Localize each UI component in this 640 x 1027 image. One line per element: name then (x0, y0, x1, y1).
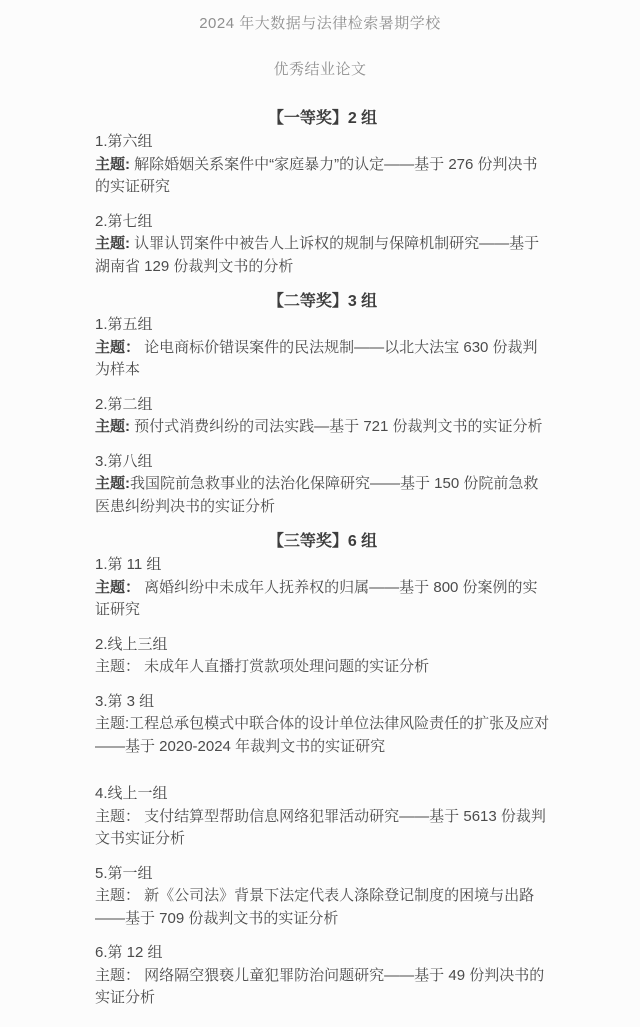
topic-text: 未成年人直播打赏款项处理问题的实证分析 (140, 658, 429, 675)
topic-label: 主题： (95, 808, 140, 825)
topic-text: 新《公司法》背景下法定代表人涤除登记制度的困境与出路——基于 709 份裁判文书… (95, 887, 534, 927)
document-page: 2024 年大数据与法律检索暑期学校 优秀结业论文 【一等奖】2 组 1.第六组… (0, 0, 640, 1027)
award-item: 1.第六组 主题: 解除婚姻关系案件中“家庭暴力”的认定——基于 276 份判决… (95, 131, 550, 199)
group-label: 2.第二组 (95, 394, 550, 417)
topic-line: 主题: 解除婚姻关系案件中“家庭暴力”的认定——基于 276 份判决书的实证研究 (95, 154, 550, 199)
topic-label: 主题: (95, 235, 130, 252)
topic-label: 主题: (95, 156, 130, 173)
topic-label: 主题： (95, 658, 140, 675)
topic-line: 主题: 预付式消费纠纷的司法实践—基于 721 份裁判文书的实证分析 (95, 416, 550, 439)
topic-line: 主题： 支付结算型帮助信息网络犯罪活动研究——基于 5613 份裁判文书实证分析 (95, 806, 550, 851)
group-label: 3.第 3 组 (95, 691, 550, 714)
topic-text: 支付结算型帮助信息网络犯罪活动研究——基于 5613 份裁判文书实证分析 (95, 808, 546, 848)
topic-line: 主题： 离婚纠纷中未成年人抚养权的归属——基于 800 份案例的实证研究 (95, 577, 550, 622)
group-label: 2.第七组 (95, 211, 550, 234)
doc-subtitle: 优秀结业论文 (0, 59, 640, 81)
topic-line: 主题:工程总承包模式中联合体的设计单位法律风险责任的扩张及应对——基于 2020… (95, 713, 550, 758)
topic-text: 解除婚姻关系案件中“家庭暴力”的认定——基于 276 份判决书的实证研究 (95, 156, 538, 196)
group-label: 1.第六组 (95, 131, 550, 154)
topic-line: 主题： 未成年人直播打赏款项处理问题的实证分析 (95, 656, 550, 679)
topic-text: 认罪认罚案件中被告人上诉权的规制与保障机制研究——基于湖南省 129 份裁判文书… (95, 235, 539, 275)
award-item: 1.第 11 组 主题： 离婚纠纷中未成年人抚养权的归属——基于 800 份案例… (95, 554, 550, 622)
section-heading-second-prize: 【二等奖】3 组 (95, 290, 550, 313)
topic-label: 主题： (95, 887, 140, 904)
topic-text: 论电商标价错误案件的民法规制——以北大法宝 630 份裁判为样本 (95, 339, 538, 379)
topic-line: 主题： 论电商标价错误案件的民法规制——以北大法宝 630 份裁判为样本 (95, 337, 550, 382)
award-item: 2.第七组 主题: 认罪认罚案件中被告人上诉权的规制与保障机制研究——基于湖南省… (95, 211, 550, 279)
award-item: 2.线上三组 主题： 未成年人直播打赏款项处理问题的实证分析 (95, 634, 550, 679)
award-item: 5.第一组 主题： 新《公司法》背景下法定代表人涤除登记制度的困境与出路——基于… (95, 863, 550, 931)
topic-line: 主题: 认罪认罚案件中被告人上诉权的规制与保障机制研究——基于湖南省 129 份… (95, 233, 550, 278)
topic-text: 网络隔空猥亵儿童犯罪防治问题研究——基于 49 份判决书的实证分析 (95, 967, 544, 1007)
topic-text: 离婚纠纷中未成年人抚养权的归属——基于 800 份案例的实证研究 (95, 579, 538, 619)
award-item: 2.第二组 主题: 预付式消费纠纷的司法实践—基于 721 份裁判文书的实证分析 (95, 394, 550, 439)
topic-label: 主题： (95, 967, 140, 984)
group-label: 1.第 11 组 (95, 554, 550, 577)
doc-title: 2024 年大数据与法律检索暑期学校 (0, 13, 640, 35)
topic-label: 主题： (95, 339, 140, 356)
topic-label: 主题： (95, 579, 140, 596)
group-label: 2.线上三组 (95, 634, 550, 657)
group-label: 6.第 12 组 (95, 942, 550, 965)
group-label: 4.线上一组 (95, 783, 550, 806)
topic-label: 主题: (95, 715, 129, 732)
topic-label: 主题: (95, 418, 130, 435)
topic-text: 预付式消费纠纷的司法实践—基于 721 份裁判文书的实证分析 (130, 418, 543, 435)
section-heading-third-prize: 【三等奖】6 组 (95, 530, 550, 553)
group-label: 3.第八组 (95, 451, 550, 474)
topic-text: 我国院前急救事业的法治化保障研究——基于 150 份院前急救医患纠纷判决书的实证… (95, 475, 538, 515)
award-item: 1.第五组 主题： 论电商标价错误案件的民法规制——以北大法宝 630 份裁判为… (95, 314, 550, 382)
section-heading-first-prize: 【一等奖】2 组 (95, 107, 550, 130)
topic-line: 主题： 网络隔空猥亵儿童犯罪防治问题研究——基于 49 份判决书的实证分析 (95, 965, 550, 1010)
doc-body: 【一等奖】2 组 1.第六组 主题: 解除婚姻关系案件中“家庭暴力”的认定——基… (95, 107, 550, 1010)
topic-text: 工程总承包模式中联合体的设计单位法律风险责任的扩张及应对——基于 2020-20… (95, 715, 549, 755)
topic-label: 主题: (95, 475, 130, 492)
topic-line: 主题： 新《公司法》背景下法定代表人涤除登记制度的困境与出路——基于 709 份… (95, 885, 550, 930)
award-item: 4.线上一组 主题： 支付结算型帮助信息网络犯罪活动研究——基于 5613 份裁… (95, 783, 550, 851)
group-label: 5.第一组 (95, 863, 550, 886)
award-item: 6.第 12 组 主题： 网络隔空猥亵儿童犯罪防治问题研究——基于 49 份判决… (95, 942, 550, 1010)
award-item: 3.第 3 组 主题:工程总承包模式中联合体的设计单位法律风险责任的扩张及应对—… (95, 691, 550, 759)
topic-line: 主题:我国院前急救事业的法治化保障研究——基于 150 份院前急救医患纠纷判决书… (95, 473, 550, 518)
award-item: 3.第八组 主题:我国院前急救事业的法治化保障研究——基于 150 份院前急救医… (95, 451, 550, 519)
group-label: 1.第五组 (95, 314, 550, 337)
